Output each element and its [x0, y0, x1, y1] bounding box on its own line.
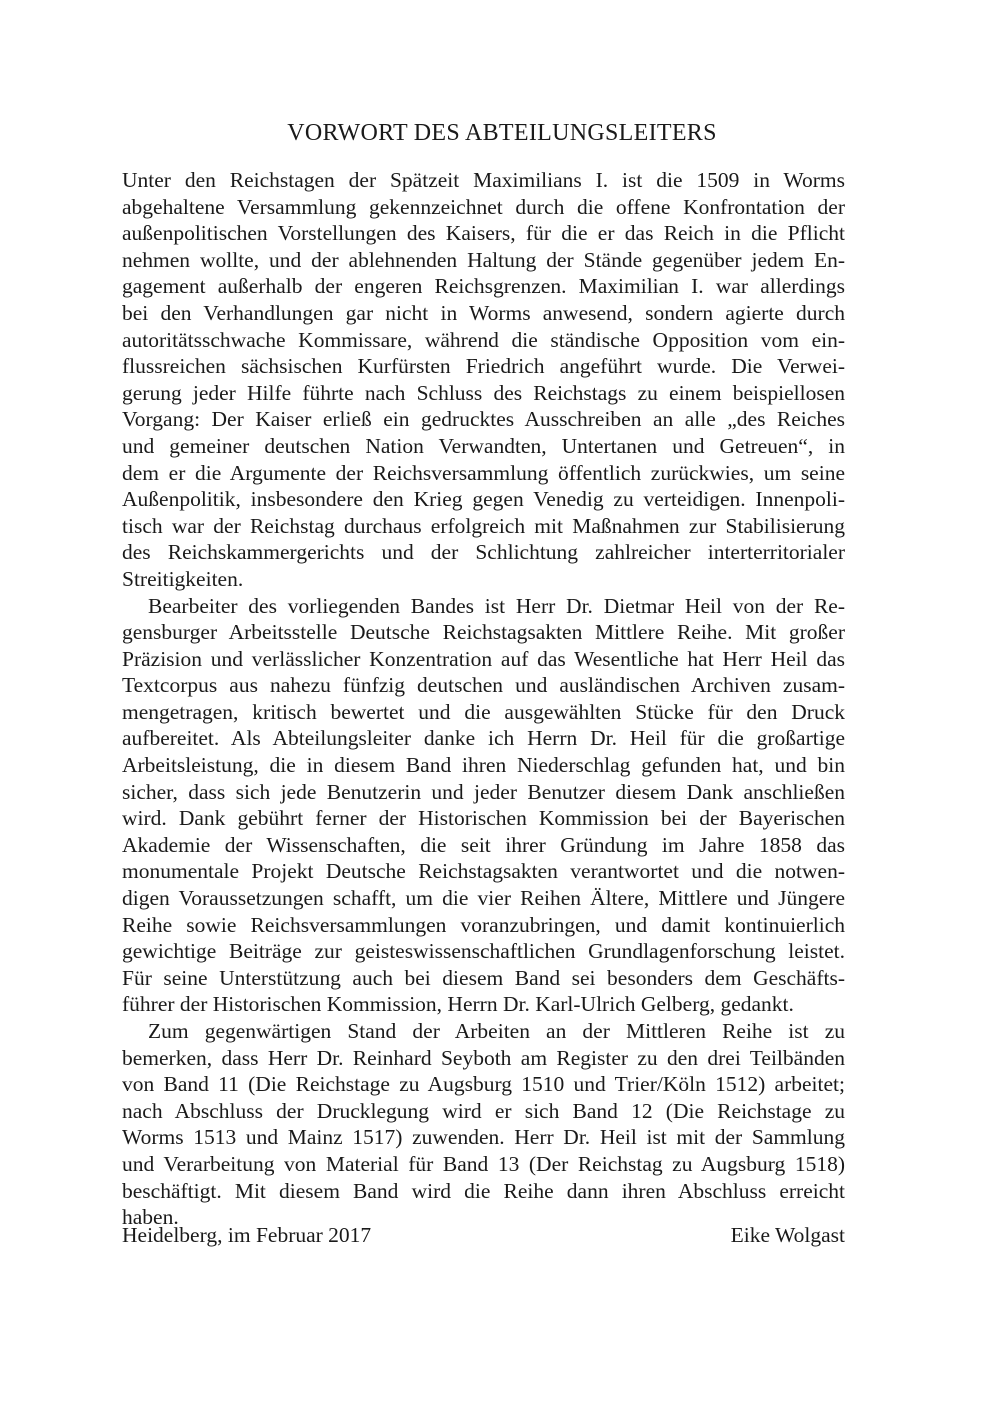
place-and-date: Heidelberg, im Februar 2017 — [122, 1221, 371, 1249]
text-line: beschäftigt. Mit diesem Band wird die Re… — [122, 1178, 845, 1205]
text-line: Bearbeiter des vorliegenden Bandes ist H… — [122, 593, 845, 620]
text-line: Vorgang: Der Kaiser erließ ein gedruckte… — [122, 406, 845, 433]
text-line: monumentale Projekt Deutsche Reichstagsa… — [122, 858, 845, 885]
text-line: und Verarbeitung von Material für Band 1… — [122, 1151, 845, 1178]
text-line: Textcorpus aus nahezu fünfzig deutschen … — [122, 672, 845, 699]
paragraph-2: Bearbeiter des vorliegenden Bandes ist H… — [122, 593, 845, 1019]
text-line: und gemeiner deutschen Nation Verwandten… — [122, 433, 845, 460]
text-line: digen Voraussetzungen schafft, um die vi… — [122, 885, 845, 912]
text-line: Außenpolitik, insbesondere den Krieg geg… — [122, 486, 845, 513]
text-line: gagement außerhalb der engeren Reichsgre… — [122, 273, 845, 300]
text-line: Akademie der Wissenschaften, die seit ih… — [122, 832, 845, 859]
text-line: nach Abschluss der Drucklegung wird er s… — [122, 1098, 845, 1125]
text-line: nehmen wollte, und der ablehnenden Haltu… — [122, 247, 845, 274]
text-line: Für seine Unterstützung auch bei diesem … — [122, 965, 845, 992]
page-title: VORWORT DES ABTEILUNGSLEITERS — [0, 118, 1004, 148]
text-line: außenpolitischen Vorstellungen des Kaise… — [122, 220, 845, 247]
text-line: wird. Dank gebührt ferner der Historisch… — [122, 805, 845, 832]
text-line: des Reichskammergerichts und der Schlich… — [122, 539, 845, 566]
text-line: führer der Historischen Kommission, Herr… — [122, 991, 845, 1018]
text-line: flussreichen sächsischen Kurfürsten Frie… — [122, 353, 845, 380]
text-line: von Band 11 (Die Reichstage zu Augsburg … — [122, 1071, 845, 1098]
text-line: autoritätsschwache Kommissare, während d… — [122, 327, 845, 354]
text-line: Präzision und verlässlicher Konzentratio… — [122, 646, 845, 673]
paragraph-1: Unter den Reichstagen der Spätzeit Maxim… — [122, 167, 845, 593]
text-line: dem er die Argumente der Reichsversammlu… — [122, 460, 845, 487]
text-line: bemerken, dass Herr Dr. Reinhard Seyboth… — [122, 1045, 845, 1072]
text-line: Arbeitsleistung, die in diesem Band ihre… — [122, 752, 845, 779]
text-line: gensburger Arbeitsstelle Deutsche Reichs… — [122, 619, 845, 646]
text-line: abgehaltene Versammlung gekennzeichnet d… — [122, 194, 845, 221]
text-line: Unter den Reichstagen der Spätzeit Maxim… — [122, 167, 845, 194]
text-line: Reihe sowie Reichsversammlungen voranzub… — [122, 912, 845, 939]
text-line: gewichtige Beiträge zur geisteswissensch… — [122, 938, 845, 965]
document-page: VORWORT DES ABTEILUNGSLEITERS Unter den … — [0, 0, 1004, 1418]
text-line: Worms 1513 und Mainz 1517) zuwenden. Her… — [122, 1124, 845, 1151]
text-line: Zum gegenwärtigen Stand der Arbeiten an … — [122, 1018, 845, 1045]
text-line: sicher, dass sich jede Benutzerin und je… — [122, 779, 845, 806]
text-line: bei den Verhandlungen gar nicht in Worms… — [122, 300, 845, 327]
paragraph-3: Zum gegenwärtigen Stand der Arbeiten an … — [122, 1018, 845, 1231]
text-line: Streitigkeiten. — [122, 566, 845, 593]
signature-line: Heidelberg, im Februar 2017 Eike Wolgast — [122, 1221, 845, 1249]
foreword-body: Unter den Reichstagen der Spätzeit Maxim… — [122, 167, 845, 1231]
text-line: mengetragen, kritisch bewertet und die a… — [122, 699, 845, 726]
text-line: tisch war der Reichstag durchaus erfolgr… — [122, 513, 845, 540]
text-line: gerung jeder Hilfe führte nach Schluss d… — [122, 380, 845, 407]
text-line: aufbereitet. Als Abteilungsleiter danke … — [122, 725, 845, 752]
author-name: Eike Wolgast — [731, 1221, 845, 1249]
